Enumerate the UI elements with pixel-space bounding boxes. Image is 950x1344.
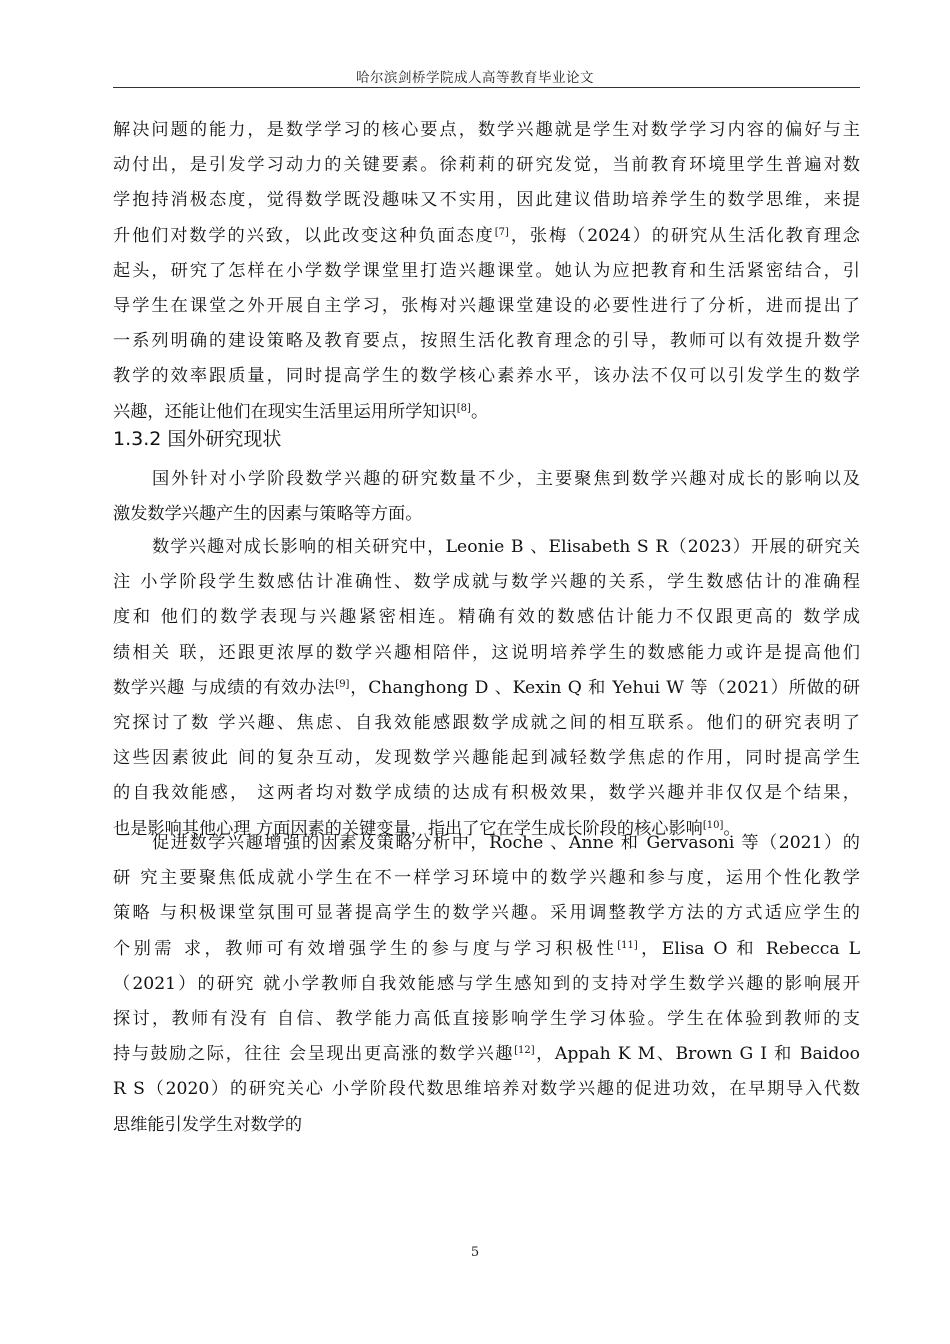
paragraph-promoting-factors: 促进数学兴趣增强的因素及策略分析中，Roche 、Anne 和 Gervason… [113,826,860,1143]
text-line: 数学兴趣 与成绩的有效办法[9]，Changhong D 、Kexin Q 和 … [113,671,860,706]
text-line: 持与鼓励之际，往往 会呈现出更高涨的数学兴趣[12]，Appah K M、Bro… [113,1037,860,1072]
text-line: 绩相关 联，还跟更浓厚的数学兴趣相陪伴，这说明培养学生的数感能力或许是提高他们 [113,636,860,671]
citation-8[interactable]: [8] [457,403,471,414]
text-line: 的自我效能感， 这两者均对数学成绩的达成有积极效果，数学兴趣并非仅仅是个结果， [113,776,860,811]
text-line: 注 小学阶段学生数感估计准确性、数学成就与数学兴趣的关系，学生数感估计的准确程 [113,565,860,600]
page-number: 5 [0,1245,950,1260]
text-line: 动付出，是引发学习动力的关键要素。徐莉莉的研究发觉，当前教育环境里学生普遍对数 [113,148,860,183]
text-line: 策略 与积极课堂氛围可显著提高学生的数学兴趣。采用调整教学方法的方式适应学生的 [113,896,860,931]
text-line: 个别需 求，教师可有效增强学生的参与度与学习积极性[11]，Elisa O 和 … [113,932,860,967]
text-line: 升他们对数学的兴致，以此改变这种负面态度[7]，张梅（2024）的研究从生活化教… [113,219,860,254]
text-line: 学抱持消极态度，觉得数学既没趣味又不实用，因此建议借助培养学生的数学思维，来提 [113,183,860,218]
citation-11[interactable]: [11] [617,940,638,951]
section-heading: 1.3.2 国外研究现状 [113,421,860,457]
section-number: 1.3.2 [113,428,161,450]
text-line: 研 究主要聚焦低成就小学生在不一样学习环境中的数学兴趣和参与度，运用个性化教学 [113,861,860,896]
text-line: 度和 他们的数学表现与兴趣紧密相连。精确有效的数感估计能力不仅跟更高的 数学成 [113,600,860,635]
paragraph-interest-growth: 数学兴趣对成长影响的相关研究中，Leonie B 、Elisabeth S R（… [113,530,860,847]
text-line: 一系列明确的建设策略及教育要点，按照生活化教育理念的引导，教师可以有效提升数学 [113,324,860,359]
text-line: 这些因素彼此 间的复杂互动，发现数学兴趣能起到减轻数学焦虑的作用，同时提高学生 [113,741,860,776]
text-line: 起头，研究了怎样在小学数学课堂里打造兴趣课堂。她认为应把教育和生活紧密结合，引 [113,254,860,289]
citation-7[interactable]: [7] [495,227,509,238]
text-line: 教学的效率跟质量，同时提高学生的数学核心素养水平，该办法不仅可以引发学生的数学 [113,359,860,394]
text-line: 促进数学兴趣增强的因素及策略分析中，Roche 、Anne 和 Gervason… [113,826,860,861]
header-divider [113,87,860,88]
text-line: 国外针对小学阶段数学兴趣的研究数量不少，主要聚焦到数学兴趣对成长的影响以及 [113,462,860,497]
text-line: （2021）的研究 就小学教师自我效能感与学生感知到的支持对学生数学兴趣的影响展… [113,967,860,1002]
text-line: 探讨，教师有没有 自信、教学能力高低直接影响学生学习体验。学生在体验到教师的支 [113,1002,860,1037]
section-title: 国外研究现状 [167,428,281,450]
paragraph-foreign-intro: 国外针对小学阶段数学兴趣的研究数量不少，主要聚焦到数学兴趣对成长的影响以及 激发… [113,462,860,532]
text-line: 思维能引发学生对数学的 [113,1108,860,1143]
text-line: 激发数学兴趣产生的因素与策略等方面。 [113,497,860,532]
text-line: R S（2020）的研究关心 小学阶段代数思维培养对数学兴趣的促进功效，在早期导… [113,1072,860,1107]
paragraph-domestic-research: 解决问题的能力，是数学学习的核心要点，数学兴趣就是学生对数学学习内容的偏好与主 … [113,113,860,430]
text-line: 究探讨了数 学兴趣、焦虑、自我效能感跟数学成就之间的相互联系。他们的研究表明了 [113,706,860,741]
text-line: 导学生在课堂之外开展自主学习，张梅对兴趣课堂建设的必要性进行了分析，进而提出了 [113,289,860,324]
citation-9[interactable]: [9] [335,679,349,690]
citation-12[interactable]: [12] [514,1045,535,1056]
text-line: 数学兴趣对成长影响的相关研究中，Leonie B 、Elisabeth S R（… [113,530,860,565]
text-line: 解决问题的能力，是数学学习的核心要点，数学兴趣就是学生对数学学习内容的偏好与主 [113,113,860,148]
running-header: 哈尔滨剑桥学院成人高等教育毕业论文 [0,66,950,86]
